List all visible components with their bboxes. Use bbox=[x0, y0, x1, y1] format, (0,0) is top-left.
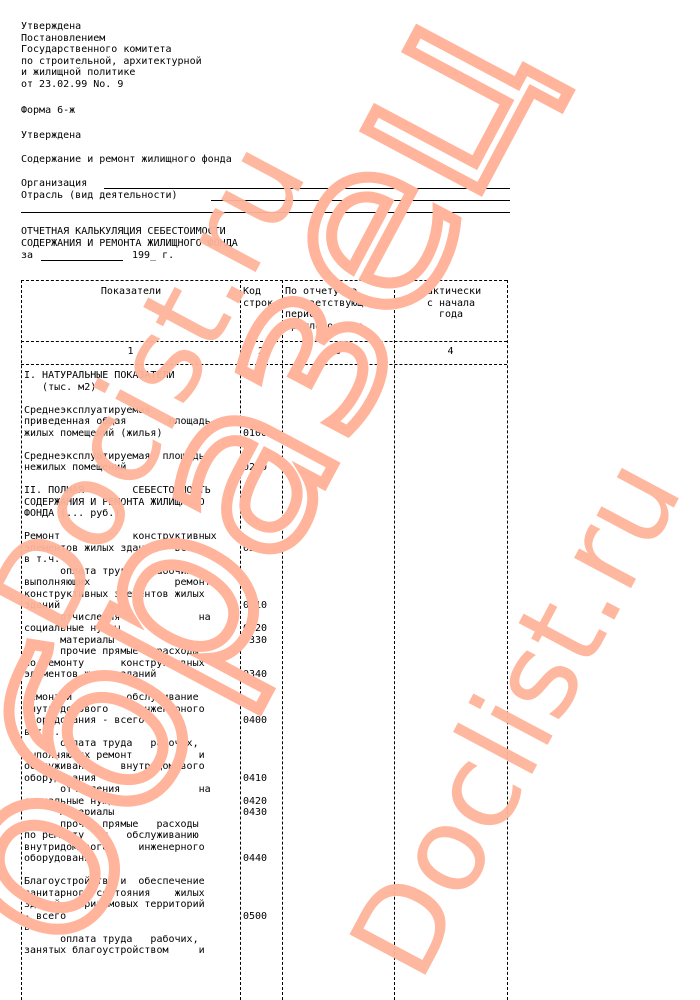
form-number: Форма 6-ж bbox=[21, 105, 75, 117]
indicator-text: Ремонт и обслуживание внутридомового инж… bbox=[24, 692, 239, 738]
prev-year-value-cell[interactable] bbox=[284, 853, 392, 865]
prev-year-value-cell[interactable] bbox=[284, 807, 392, 819]
column-divider bbox=[21, 280, 22, 1000]
indicator-text: Среднеэксплуатируемая площадь нежилых по… bbox=[24, 451, 239, 474]
row-code: 0340 bbox=[243, 669, 267, 681]
ytd-value-cell[interactable] bbox=[396, 635, 505, 647]
row-code: 0200 bbox=[243, 462, 267, 474]
column-number: 1 bbox=[21, 346, 240, 358]
indicator-text: I. НАТУРАЛЬНЫЕ ПОКАЗАТЕЛИ (тыс. м2) bbox=[24, 370, 239, 393]
column-header: Показатели bbox=[24, 286, 238, 298]
ytd-value-cell[interactable] bbox=[396, 543, 505, 555]
ytd-value-cell[interactable] bbox=[396, 462, 505, 474]
column-number: 3 bbox=[282, 346, 394, 358]
indicator-text: Ремонт конструктивных элементов жилых зд… bbox=[24, 531, 239, 566]
approval-line: и жилищной политике bbox=[21, 67, 135, 79]
row-code: 0310 bbox=[243, 600, 267, 612]
report-title-line-1: ОТЧЕТНАЯ КАЛЬКУЛЯЦИЯ СЕБЕСТОИМОСТИ bbox=[21, 226, 226, 238]
row-code: 0410 bbox=[243, 773, 267, 785]
prev-year-value-cell[interactable] bbox=[284, 462, 392, 474]
row-code: 0400 bbox=[243, 715, 267, 727]
prev-year-value-cell[interactable] bbox=[284, 715, 392, 727]
row-code: 0500 bbox=[243, 911, 267, 923]
prev-year-value-cell[interactable] bbox=[284, 796, 392, 808]
ytd-value-cell[interactable] bbox=[396, 853, 505, 865]
approval-line: от 23.02.99 No. 9 bbox=[21, 79, 123, 91]
column-divider bbox=[282, 280, 283, 1000]
prev-year-value-cell[interactable] bbox=[284, 623, 392, 635]
prev-year-value-cell[interactable] bbox=[284, 428, 392, 440]
column-number: 4 bbox=[394, 346, 507, 358]
row-code: 0100 bbox=[243, 428, 267, 440]
column-header: Код строк bbox=[243, 286, 280, 309]
indicator-text: прочие прямые расходы по ремонту и обслу… bbox=[24, 819, 239, 865]
indicator-text: материалы bbox=[24, 635, 239, 647]
approval-line: Утверждена bbox=[21, 21, 81, 33]
approval-line: Государственного комитета bbox=[21, 44, 172, 56]
row-code: 0330 bbox=[243, 635, 267, 647]
indicator-text: отчисления на социальные нужды bbox=[24, 784, 239, 807]
ytd-value-cell[interactable] bbox=[396, 773, 505, 785]
document-page: УтвержденаПостановлениемГосударственного… bbox=[0, 0, 700, 1000]
period-field[interactable] bbox=[41, 260, 123, 261]
indicator-text: оплата труда рабочих, занятых благоустро… bbox=[24, 934, 239, 957]
indicator-text: оплата труда рабочих, выполняющих ремонт… bbox=[24, 566, 239, 612]
prev-year-value-cell[interactable] bbox=[284, 635, 392, 647]
indicator-text: оплата труда рабочих, выполняющих ремонт… bbox=[24, 738, 239, 784]
row-code: 0320 bbox=[243, 623, 267, 635]
column-header: По отчету за соответствующий период прош… bbox=[285, 286, 392, 332]
prev-year-value-cell[interactable] bbox=[284, 543, 392, 555]
ytd-value-cell[interactable] bbox=[396, 796, 505, 808]
column-divider bbox=[240, 280, 241, 1000]
organization-field[interactable] bbox=[104, 188, 510, 189]
column-header: Фактически с начала года bbox=[397, 286, 505, 321]
column-divider bbox=[394, 280, 395, 1000]
row-code: 0300 bbox=[243, 543, 267, 555]
prev-year-value-cell[interactable] bbox=[284, 911, 392, 923]
indicator-text: Благоустройство и обеспечение санитарног… bbox=[24, 876, 239, 934]
organization-label: Организация bbox=[21, 178, 87, 190]
period-prefix: за bbox=[21, 250, 33, 262]
ytd-value-cell[interactable] bbox=[396, 428, 505, 440]
ytd-value-cell[interactable] bbox=[396, 600, 505, 612]
ytd-value-cell[interactable] bbox=[396, 669, 505, 681]
subtitle: Содержание и ремонт жилищного фонда bbox=[21, 154, 232, 166]
row-code: 0440 bbox=[243, 853, 267, 865]
indicator-text: материалы bbox=[24, 807, 239, 819]
extra-line-field[interactable] bbox=[21, 212, 510, 213]
approval-line: Постановлением bbox=[21, 33, 105, 45]
approved-label: Утверждена bbox=[21, 130, 81, 142]
prev-year-value-cell[interactable] bbox=[284, 773, 392, 785]
column-divider bbox=[507, 280, 508, 1000]
indicator-text: отчисления на социальные нужды bbox=[24, 612, 239, 635]
industry-label: Отрасль (вид деятельности) bbox=[21, 190, 178, 202]
indicator-text: прочие прямые расходы по ремонту констру… bbox=[24, 646, 239, 681]
ytd-value-cell[interactable] bbox=[396, 623, 505, 635]
row-code: 0420 bbox=[243, 796, 267, 808]
table-top-border bbox=[21, 280, 507, 281]
indicator-text: Среднеэксплуатируемая приведенная общая … bbox=[24, 405, 239, 440]
number-row-separator bbox=[21, 364, 507, 365]
row-code: 0430 bbox=[243, 807, 267, 819]
prev-year-value-cell[interactable] bbox=[284, 600, 392, 612]
ytd-value-cell[interactable] bbox=[396, 911, 505, 923]
prev-year-value-cell[interactable] bbox=[284, 669, 392, 681]
industry-field[interactable] bbox=[211, 200, 510, 201]
indicator-text: II. ПОЛНАЯ СЕБЕСТОИМОСТЬ СОДЕРЖАНИЯ И РЕ… bbox=[24, 485, 239, 520]
column-number: 2 bbox=[240, 346, 282, 358]
ytd-value-cell[interactable] bbox=[396, 715, 505, 727]
approval-line: по строительной, архитектурной bbox=[21, 56, 202, 68]
header-separator bbox=[21, 341, 507, 342]
period-suffix: 199_ г. bbox=[132, 250, 174, 262]
ytd-value-cell[interactable] bbox=[396, 807, 505, 819]
report-title-line-2: СОДЕРЖАНИЯ И РЕМОНТА ЖИЛИЩНОГО ФОНДА bbox=[21, 238, 238, 250]
